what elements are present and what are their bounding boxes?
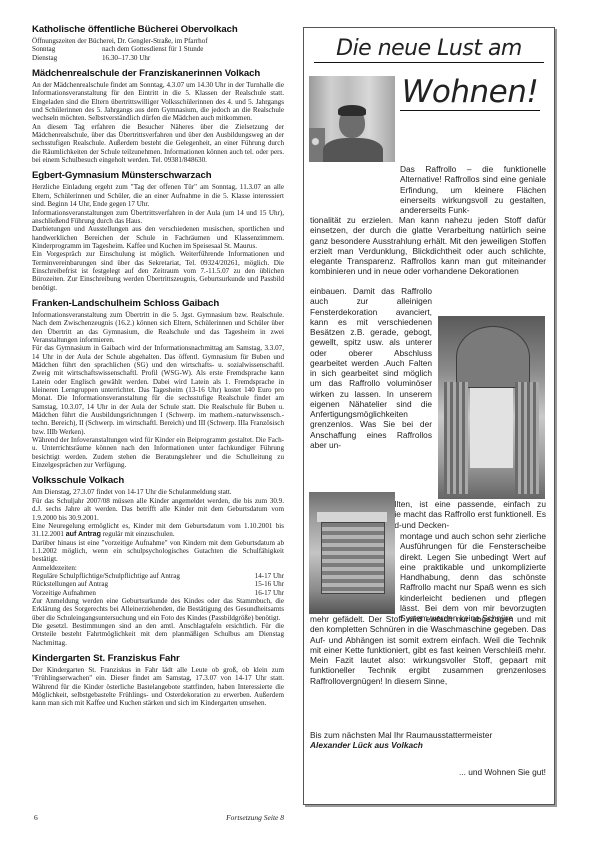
hours-time: nach dem Gottesdienst für 1 Stunde — [102, 45, 203, 53]
section-maedchenrealschule: Mädchenrealschule der Franziskanerinnen … — [32, 68, 284, 164]
ad-text-body: mehr gefädelt. Der Stoff wird einfach nu… — [310, 614, 546, 686]
paragraph: Darbietungen und Ausstellungen aus den v… — [32, 225, 284, 250]
ad-headline-line1: Die neue Lust am — [314, 36, 544, 63]
blind-shape — [321, 522, 385, 594]
times-row: Rückstellungen auf Antrag 15-16 Uhr — [32, 580, 284, 588]
left-column: Katholische öffentliche Bücherei Obervol… — [32, 24, 284, 714]
rule-bold-text: auf Antrag — [66, 530, 101, 538]
paragraph: Informationsveranstaltungen zum Übertrit… — [32, 209, 284, 226]
ad-text-body: einbauen. Damit das Raffrollo auch zur a… — [310, 286, 432, 450]
times-label: Reguläre Schulpflichtige/Schulpflichtige… — [32, 572, 180, 580]
paragraph: Zur Anmeldung werden eine Geburtsurkunde… — [32, 597, 284, 622]
person-hair-shape — [338, 105, 366, 116]
hours-day: Dienstag — [32, 54, 102, 62]
ad-text-intro: Das Raffrollo – die funktionelle Alterna… — [400, 164, 546, 215]
hours-row: Sonntag nach dem Gottesdienst für 1 Stun… — [32, 45, 284, 53]
times-label: Rückstellungen auf Antrag — [32, 580, 108, 588]
curtain-left-shape — [444, 382, 468, 494]
page-number: 6 — [34, 813, 38, 822]
section-title: Egbert-Gymnasium Münsterschwarzach — [32, 170, 284, 181]
hours-day: Sonntag — [32, 45, 102, 53]
paragraph: Am Dienstag, 27.3.07 findet von 14-17 Uh… — [32, 488, 284, 496]
hours-row: Dienstag 16.30–17.30 Uhr — [32, 54, 284, 62]
ad-signoff-name: Alexander Lück aus Volkach — [310, 740, 546, 750]
section-title: Franken-Landschulheim Schloss Gaibach — [32, 298, 284, 309]
section-schloss-gaibach: Franken-Landschulheim Schloss Gaibach In… — [32, 298, 284, 470]
section-title: Volksschule Volkach — [32, 475, 284, 486]
times-row: Vorzeitige Aufnahmen 16-17 Uhr — [32, 589, 284, 597]
section-title: Kindergarten St. Franziskus Fahr — [32, 653, 284, 664]
times-value: 14-17 Uhr — [255, 572, 284, 580]
curtain-right-shape — [515, 382, 539, 494]
portrait-photo — [309, 76, 395, 162]
section-title: Mädchenrealschule der Franziskanerinnen … — [32, 68, 284, 79]
valance-shape — [317, 512, 387, 522]
raffrollo-photo — [309, 492, 395, 614]
hours-time: 16.30–17.30 Uhr — [102, 54, 150, 62]
paragraph: Anmeldezeiten: — [32, 564, 284, 572]
paragraph: Der Kindergarten St. Franziskus in Fahr … — [32, 666, 284, 708]
times-value: 16-17 Uhr — [255, 589, 284, 597]
continuation-note: Fortsetzung Seite 8 — [226, 813, 284, 822]
ad-text-body: montage und auch schon sehr zierliche Au… — [400, 531, 546, 623]
curtain-photo — [438, 316, 545, 499]
paragraph: Ein Vorgespräch zur Einschulung ist mögl… — [32, 250, 284, 292]
paragraph: Während der Infoveranstaltungen wird für… — [32, 436, 284, 469]
ad-signoff: Bis zum nächsten Mal Ihr Raumausstatterm… — [310, 730, 546, 740]
paragraph: An der Mädchenrealschule findet am Sonnt… — [32, 81, 284, 123]
page-footer: 6 Fortsetzung Seite 8 — [34, 813, 284, 822]
paragraph: Für das Gymnasium in Gaibach wird der In… — [32, 344, 284, 436]
section-volksschule: Volksschule Volkach Am Dienstag, 27.3.07… — [32, 475, 284, 647]
paragraph: Darüber hinaus ist eine "vorzeitige Aufn… — [32, 539, 284, 564]
paragraph: An diesem Tag erfahren die Besucher Nähe… — [32, 123, 284, 165]
times-value: 15-16 Uhr — [255, 580, 284, 588]
valance-dome-shape — [456, 326, 530, 388]
ad-text-body: tionalität zu erzielen. Man kann nahezu … — [310, 215, 546, 277]
person-body-shape — [323, 138, 383, 162]
advertisement-box: Die neue Lust am Wohnen! Das Raffrollo –… — [303, 27, 555, 805]
section-title: Katholische öffentliche Bücherei Obervol… — [32, 24, 284, 35]
paragraph: Herzliche Einladung ergeht zum "Tag der … — [32, 183, 284, 208]
ad-headline-line2: Wohnen! — [400, 74, 540, 111]
paragraph: Die gesetzl. Bestimmungen sind an den am… — [32, 622, 284, 647]
section-kindergarten: Kindergarten St. Franziskus Fahr Der Kin… — [32, 653, 284, 708]
ad-closing: ... und Wohnen Sie gut! — [310, 767, 546, 777]
section-buecherei: Katholische öffentliche Bücherei Obervol… — [32, 24, 284, 62]
section-intro: Öffnungszeiten der Bücherei, Dr. Gengler… — [32, 37, 284, 45]
section-egbert-gymnasium: Egbert-Gymnasium Münsterschwarzach Herzl… — [32, 170, 284, 291]
window-shape — [470, 388, 513, 468]
rule-text: regulär mit einzuschulen. — [101, 530, 175, 538]
paragraph: Informationsveranstaltung zum Übertritt … — [32, 311, 284, 344]
times-label: Vorzeitige Aufnahmen — [32, 589, 96, 597]
paragraph-neuregelung: Eine Neuregelung ermöglicht es, Kinder m… — [32, 522, 284, 539]
paragraph: Für das Schuljahr 2007/08 müssen alle Ki… — [32, 497, 284, 522]
times-row: Reguläre Schulpflichtige/Schulpflichtige… — [32, 572, 284, 580]
